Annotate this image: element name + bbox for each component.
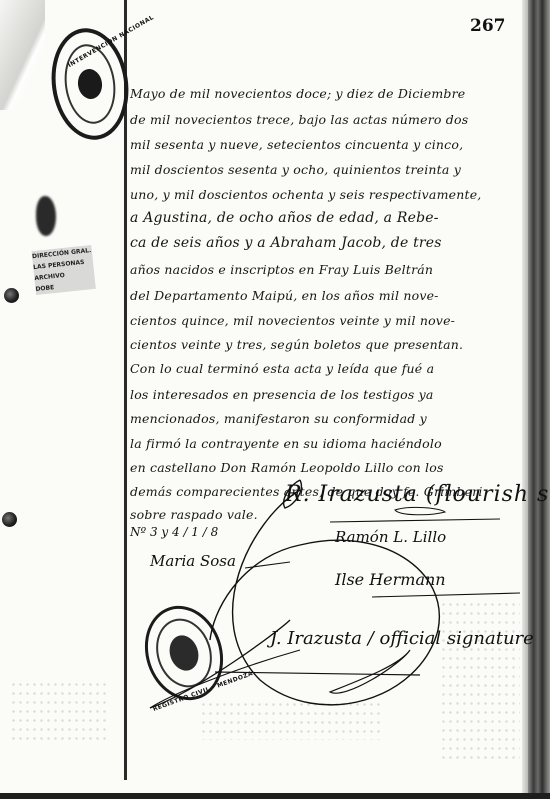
paper-stain (10, 680, 110, 740)
paper-stain (200, 700, 380, 740)
document-page: 267 INTERVENCIÓN NACIONAL DIRECCIÓN GRAL… (0, 0, 550, 799)
paper-stain (440, 600, 520, 760)
